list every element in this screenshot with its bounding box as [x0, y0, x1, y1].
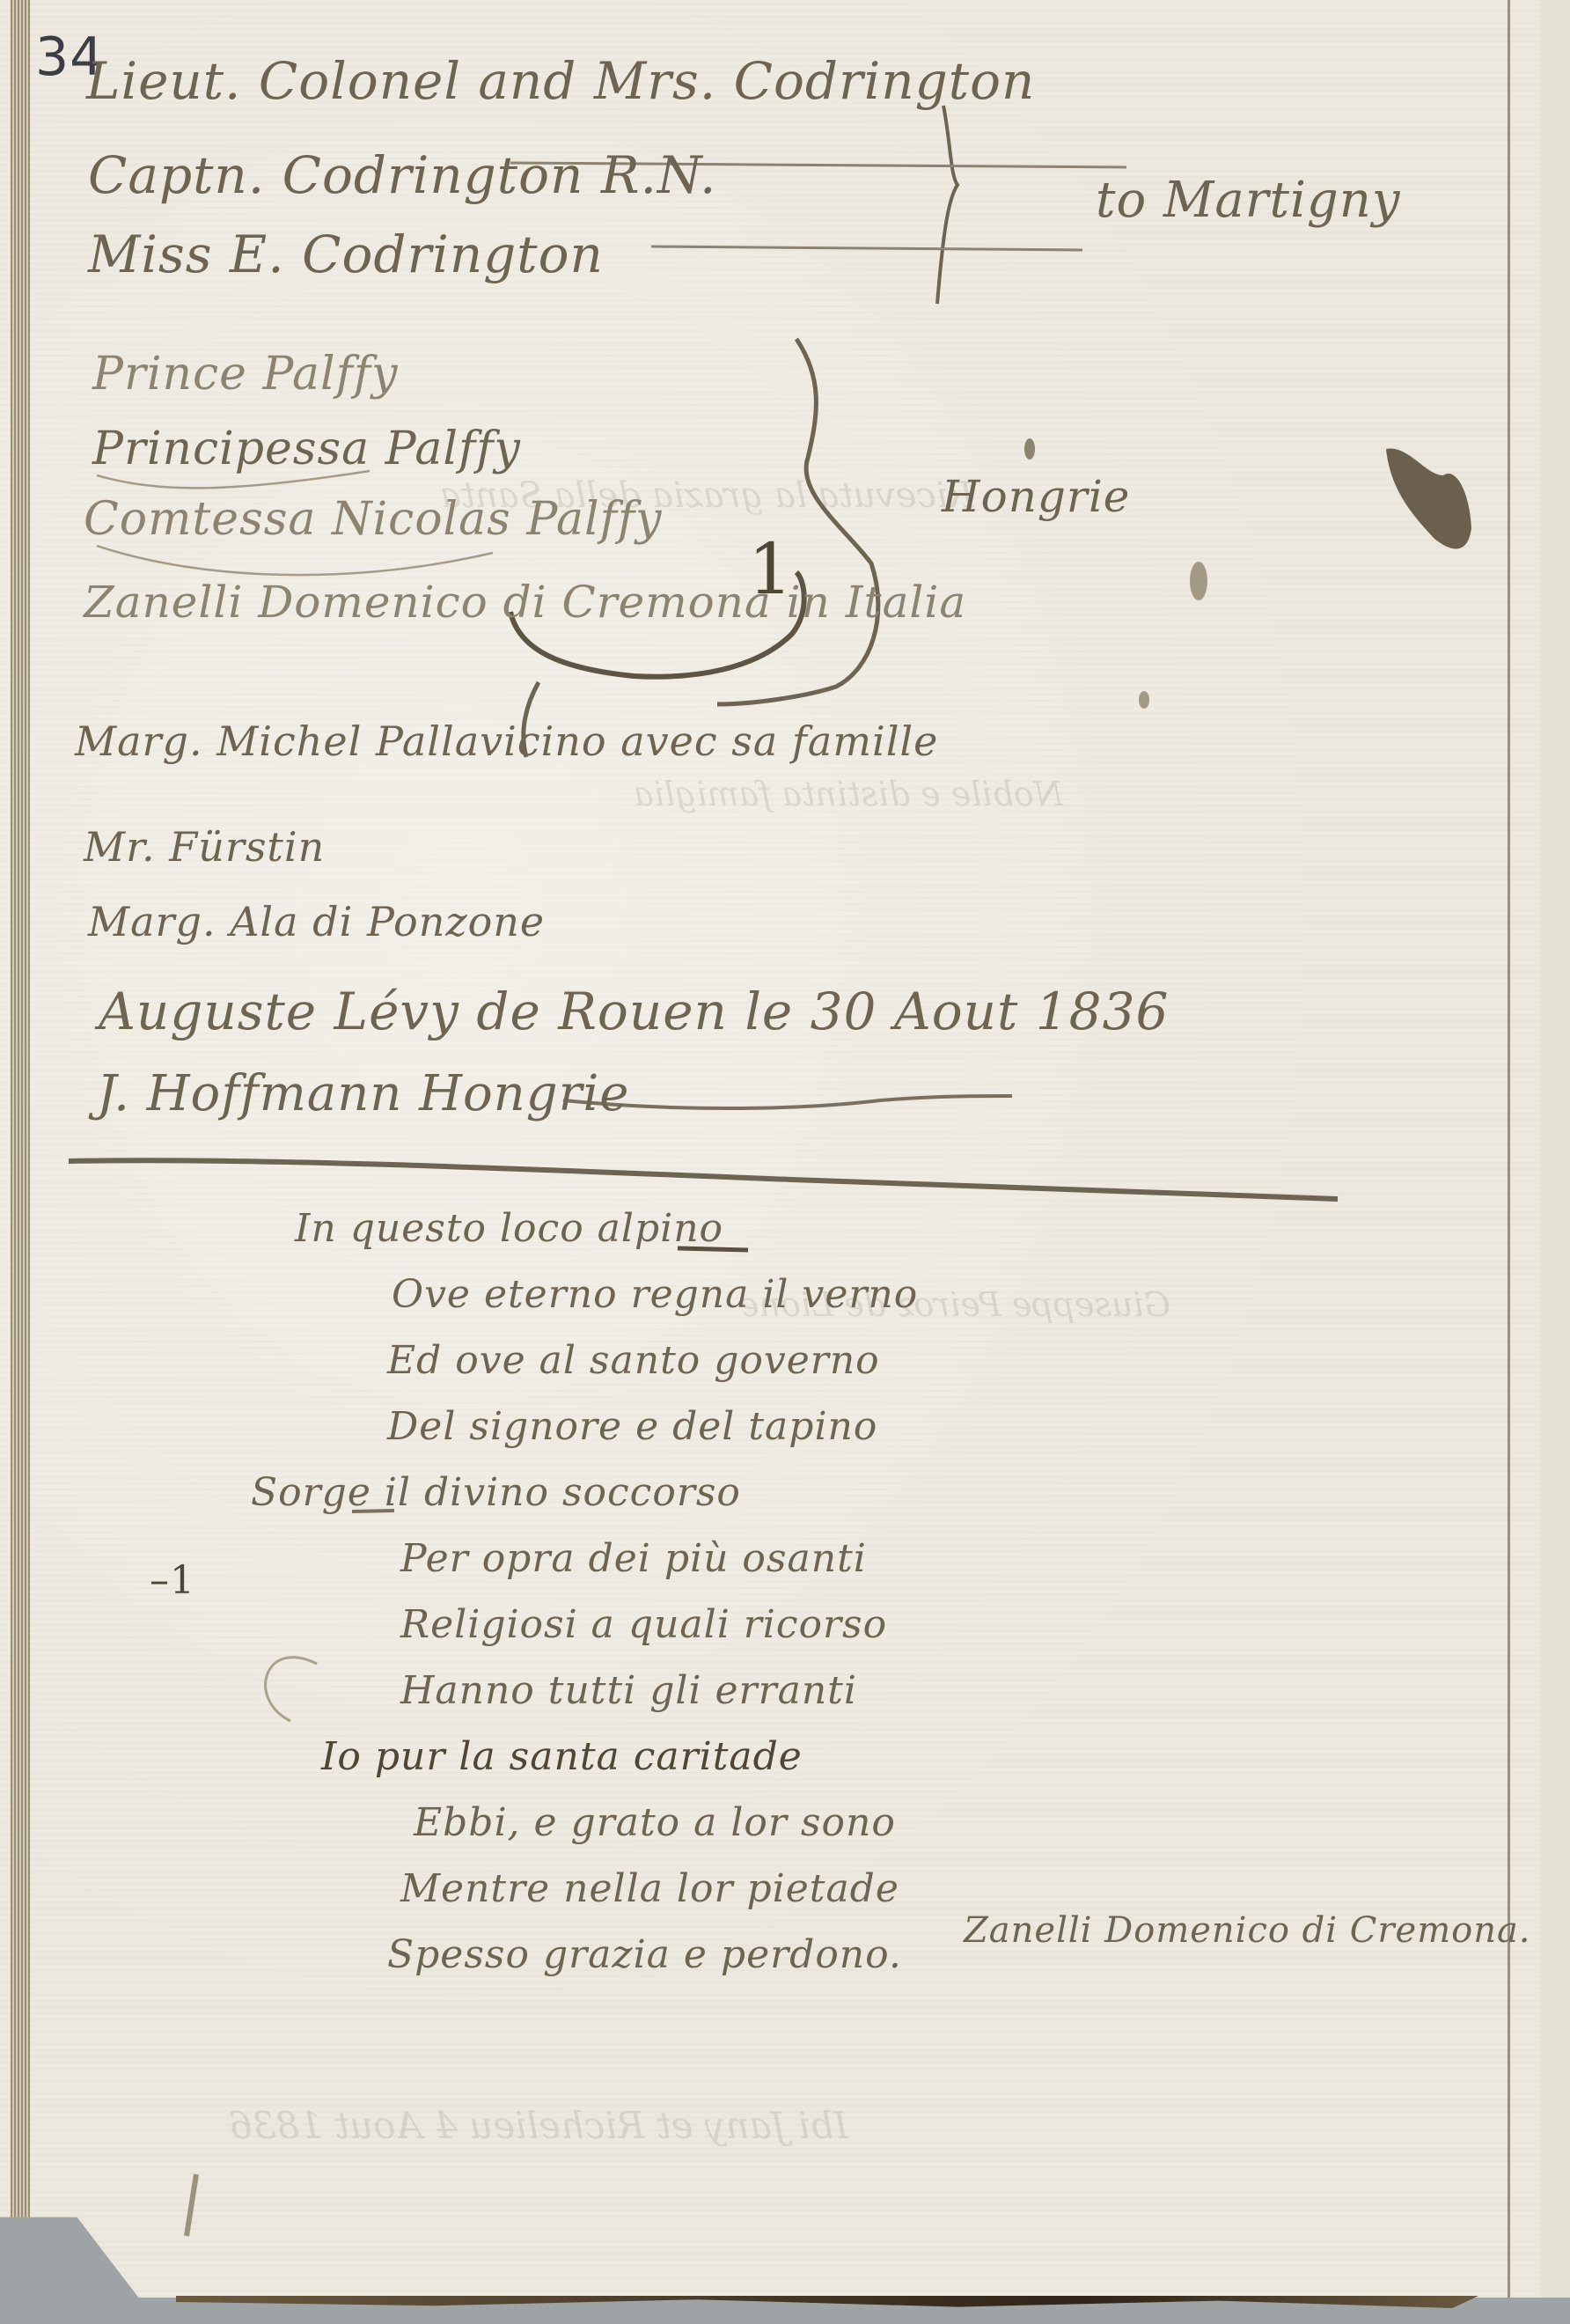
register-entry-dated: Auguste Lévy de Rouen le 30 Aout 1836: [99, 982, 1169, 1041]
register-entry: J. Hoffmann Hongrie: [97, 1065, 629, 1122]
register-entry: Lieut. Colonel and Mrs. Codrington: [86, 51, 1035, 111]
register-entry: Captn. Codrington R.N.: [88, 145, 716, 205]
poem-line: Mentre nella lor pietade: [400, 1866, 899, 1911]
register-entry: Marg. Ala di Ponzone: [88, 898, 545, 945]
register-entry: Mr. Fürstin: [84, 823, 325, 871]
origin-note: Hongrie: [942, 471, 1130, 522]
poem-line: Religiosi a quali ricorso: [400, 1602, 887, 1647]
poem-line: Io pur la santa caritade: [321, 1734, 803, 1779]
bracket-number: 1: [748, 528, 794, 610]
poem-signature: Zanelli Domenico di Cremona.: [964, 1910, 1531, 1951]
register-entry: Comtessa Nicolas Palffy: [84, 493, 663, 546]
margin-mark: –1: [150, 1558, 195, 1603]
poem-line: Sorge il divino soccorso: [251, 1470, 741, 1515]
register-entry: Zanelli Domenico di Cremona in Italia: [84, 577, 966, 628]
register-entry: Prince Palffy: [92, 348, 399, 401]
destination-note: to Martigny: [1096, 172, 1400, 229]
poem-line: Per opra dei più osanti: [400, 1536, 867, 1581]
register-entry: Miss E. Codrington: [88, 224, 604, 284]
poem-line: Ebbi, e grato a lor sono: [414, 1800, 896, 1845]
poem-line: Ove eterno regna il verno: [392, 1272, 918, 1317]
poem-line: Hanno tutti gli erranti: [400, 1668, 857, 1713]
register-entry: Principessa Palffy: [92, 423, 521, 475]
poem-line: Ed ove al santo governo: [387, 1338, 880, 1383]
poem-line: Spesso grazia e perdono.: [387, 1932, 902, 1977]
register-entry: Marg. Michel Pallavicino avec sa famille: [75, 717, 938, 765]
poem-line: Del signore e del tapino: [387, 1404, 877, 1449]
poem-line: In questo loco alpino: [295, 1206, 723, 1251]
brace-icon: [937, 106, 957, 304]
